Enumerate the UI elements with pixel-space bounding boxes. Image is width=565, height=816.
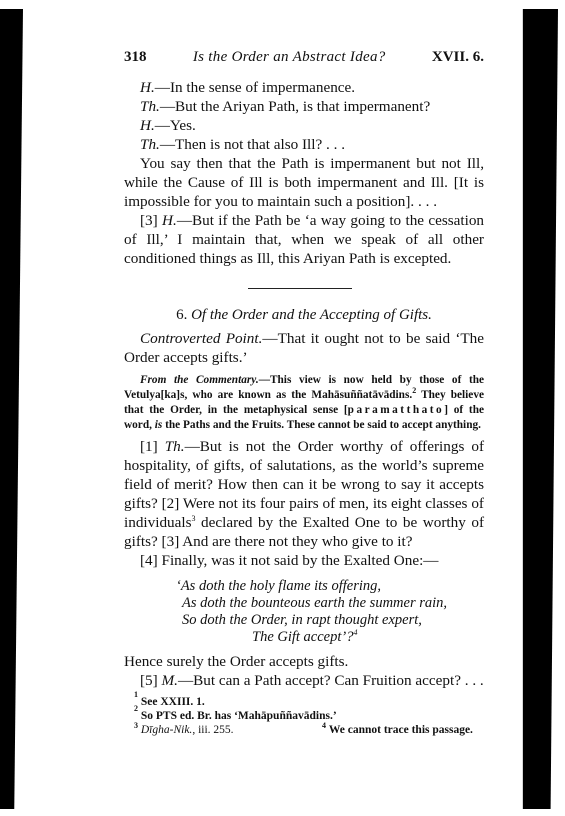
page-number: 318 (124, 49, 147, 66)
dialogue-line: Th.—But the Ariyan Path, is that imperma… (124, 97, 484, 116)
dialogue-line: Th.—Then is not that also Ill? . . . (124, 135, 484, 154)
paragraph-4: [4] Finally, was it not said by the Exal… (124, 551, 484, 570)
section-heading: 6. Of the Order and the Accepting of Gif… (124, 306, 484, 325)
paragraph-5: [5] M.—But can a Path accept? Can Fruiti… (124, 671, 484, 690)
paragraph-1: [1] Th.—But is not the Order worthy of o… (124, 437, 484, 551)
footnote-3: 3 Dīgha-Nik., iii. 255. (134, 723, 322, 737)
running-title: Is the Order an Abstract Idea? (193, 49, 386, 66)
running-header: 318 Is the Order an Abstract Idea? XVII.… (124, 49, 484, 69)
section-divider (248, 288, 352, 289)
footnotes: 1 See XXIII. 1. 2 So PTS ed. Br. has ‘Ma… (124, 695, 484, 737)
paragraph: You say then that the Path is impermanen… (124, 154, 484, 211)
verse-line: So doth the Order, in rapt thought exper… (176, 612, 484, 629)
verse-quote: ‘As doth the holy flame its offering, As… (176, 578, 484, 646)
commentary-note: From the Commentary.—This view is now he… (124, 373, 484, 433)
section-ref: XVII. 6. (432, 49, 484, 66)
footnote-2: 2 So PTS ed. Br. has ‘Mahāpuññavādins.’ (134, 709, 484, 723)
verse-line: ‘As doth the holy flame its offering, (176, 578, 484, 595)
footnote-4: 4 We cannot trace this passage. (322, 723, 473, 737)
footnote-1: 1 See XXIII. 1. (134, 695, 484, 709)
scan-border-right (521, 9, 558, 809)
conclusion: Hence surely the Order accepts gifts. (124, 652, 484, 671)
verse-line: The Gift accept’?4 (176, 629, 484, 646)
dialogue-line: H.—In the sense of impermanence. (124, 78, 484, 97)
paragraph-3: [3] H.—But if the Path be ‘a way going t… (124, 211, 484, 268)
scan-border-left (0, 9, 23, 809)
dialogue-line: H.—Yes. (124, 116, 484, 135)
body-text: H.—In the sense of impermanence. Th.—But… (124, 78, 484, 690)
book-page: 318 Is the Order an Abstract Idea? XVII.… (124, 49, 484, 737)
verse-line: As doth the bounteous earth the summer r… (176, 595, 484, 612)
controverted-point: Controverted Point.—That it ought not to… (124, 329, 484, 367)
